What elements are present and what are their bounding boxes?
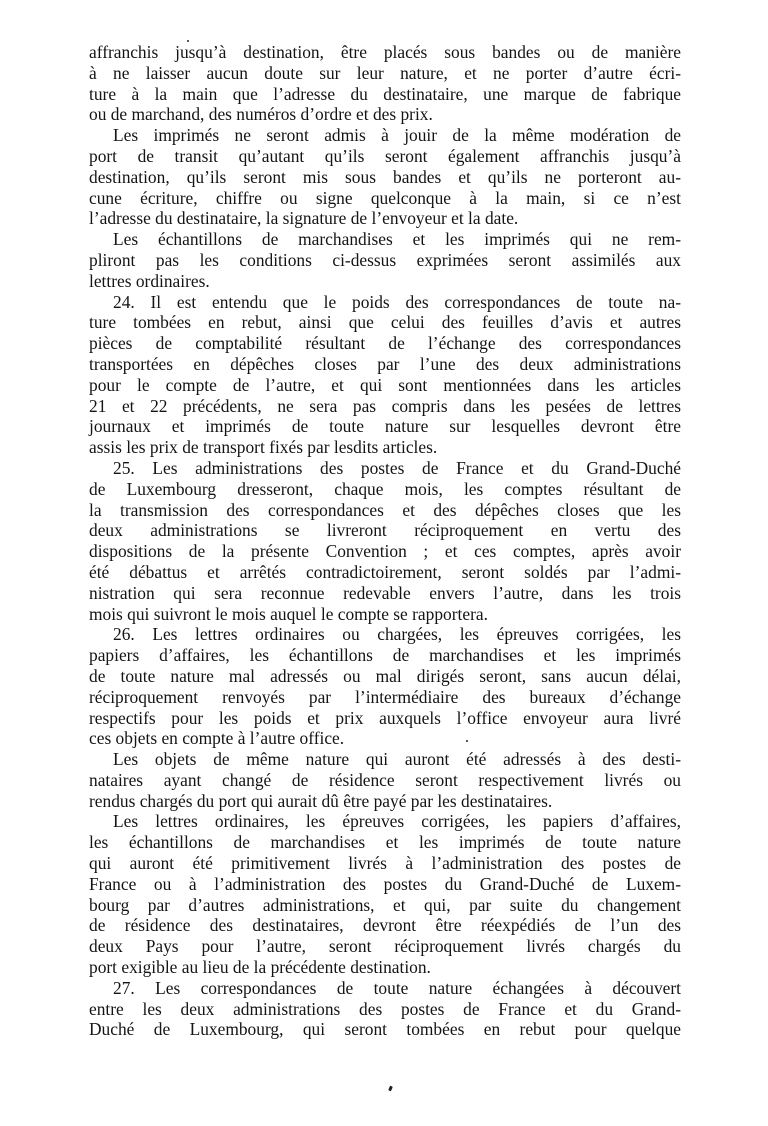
text-line: de toute nature mal adressés ou mal diri… (89, 666, 681, 687)
text-line: pliront pas les conditions ci-dessus exp… (89, 250, 681, 271)
text-line: de Luxembourg dresseront, chaque mois, l… (89, 479, 681, 500)
text-line: ces objets en compte à l’autre office. (89, 728, 681, 749)
text-line: l’adresse du destinataire, la signature … (89, 208, 681, 229)
paragraph: Les imprimés ne seront admis à jouir de … (89, 125, 681, 229)
text-line: Les échantillons de marchandises et les … (89, 229, 681, 250)
text-line: lettres ordinaires. (89, 271, 681, 292)
print-speck (466, 740, 468, 742)
text-line: port exigible au lieu de la précédente d… (89, 957, 681, 978)
text-line: papiers d’affaires, les échantillons de … (89, 645, 681, 666)
paragraph: Les lettres ordinaires, les épreuves cor… (89, 811, 681, 977)
text-line: rendus chargés du port qui aurait dû êtr… (89, 791, 681, 812)
text-line: Les imprimés ne seront admis à jouir de … (89, 125, 681, 146)
text-line: 26. Les lettres ordinaires ou chargées, … (89, 624, 681, 645)
text-line: affranchis jusqu’à destination, être pla… (89, 42, 681, 63)
text-line: nistration qui sera reconnue redevable e… (89, 583, 681, 604)
text-line: respectifs pour les poids et prix auxque… (89, 708, 681, 729)
text-line: à ne laisser aucun doute sur leur nature… (89, 63, 681, 84)
text-line: port de transit qu’autant qu’ils seront … (89, 146, 681, 167)
text-line: France ou à l’administration des postes … (89, 874, 681, 895)
text-line: ture à la main que l’adresse du destinat… (89, 84, 681, 105)
text-line: ture tombées en rebut, ainsi que celui d… (89, 312, 681, 333)
paragraph: Les objets de même nature qui auront été… (89, 749, 681, 811)
document-page: affranchis jusqu’à destination, être pla… (89, 42, 681, 1040)
print-speck (187, 40, 189, 42)
paragraph: Les échantillons de marchandises et les … (89, 229, 681, 291)
text-line: transportées en dépêches closes par l’un… (89, 354, 681, 375)
text-line: mois qui suivront le mois auquel le comp… (89, 604, 681, 625)
text-line: 27. Les correspondances de toute nature … (89, 978, 681, 999)
article-paragraph: 24. Il est entendu que le poids des corr… (89, 292, 681, 458)
text-line: de résidence des destinataires, devront … (89, 915, 681, 936)
text-line: cune écriture, chiffre ou signe quelconq… (89, 188, 681, 209)
text-line: journaux et imprimés de toute nature sur… (89, 416, 681, 437)
paragraph: affranchis jusqu’à destination, être pla… (89, 42, 681, 125)
text-line: Les objets de même nature qui auront été… (89, 749, 681, 770)
text-line: qui auront été primitivement livrés à l’… (89, 853, 681, 874)
text-line: ou de marchand, des numéros d’ordre et d… (89, 104, 681, 125)
text-line: Duché de Luxembourg, qui seront tombées … (89, 1019, 681, 1040)
text-line: été débattus et arrêtés contradictoireme… (89, 562, 681, 583)
article-paragraph: 26. Les lettres ordinaires ou chargées, … (89, 624, 681, 749)
text-line: 25. Les administrations des postes de Fr… (89, 458, 681, 479)
text-line: la transmission des correspondances et d… (89, 500, 681, 521)
text-line: dispositions de la présente Convention ;… (89, 541, 681, 562)
text-line: destination, qu’ils seront mis sous band… (89, 167, 681, 188)
text-line: bourg par d’autres administrations, et q… (89, 895, 681, 916)
text-line: réciproquement renvoyés par l’intermédia… (89, 687, 681, 708)
text-line: 24. Il est entendu que le poids des corr… (89, 292, 681, 313)
text-line: entre les deux administrations des poste… (89, 999, 681, 1020)
text-line: les échantillons de marchandises et les … (89, 832, 681, 853)
text-line: 21 et 22 précédents, ne sera pas compris… (89, 396, 681, 417)
text-line: pièces de comptabilité résultant de l’éc… (89, 333, 681, 354)
text-line: pour le compte de l’autre, et qui sont m… (89, 375, 681, 396)
text-line: assis les prix de transport fixés par le… (89, 437, 681, 458)
text-line: deux administrations se livreront récipr… (89, 520, 681, 541)
text-line: nataires ayant changé de résidence seron… (89, 770, 681, 791)
article-paragraph: 25. Les administrations des postes de Fr… (89, 458, 681, 624)
text-line: Les lettres ordinaires, les épreuves cor… (89, 811, 681, 832)
text-line: deux Pays pour l’autre, seront réciproqu… (89, 936, 681, 957)
article-paragraph: 27. Les correspondances de toute nature … (89, 978, 681, 1040)
print-speck (388, 1086, 393, 1092)
